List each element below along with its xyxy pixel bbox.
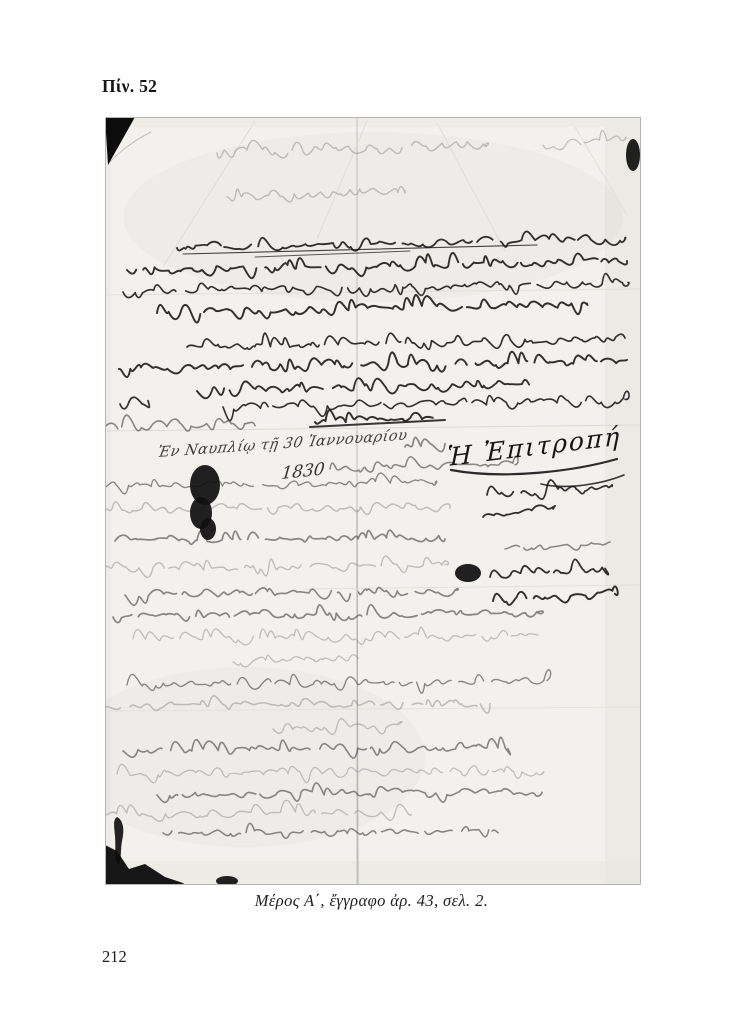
plate-label: Πίν. 52	[102, 76, 157, 97]
page-number: 212	[102, 947, 127, 967]
book-page: Πίν. 52 Ἐν Ναυπλίῳ τῇ 30 Ἰαννουαρίου 183…	[0, 0, 743, 1027]
manuscript-photo: Ἐν Ναυπλίῳ τῇ 30 Ἰαννουαρίου 1830 Ἡ Ἐπιτ…	[105, 117, 641, 885]
manuscript-scan-image: Ἐν Ναυπλίῳ τῇ 30 Ἰαννουαρίου 1830 Ἡ Ἐπιτ…	[105, 117, 641, 885]
figure-caption: Μέρος Α΄, ἔγγραφο ἀρ. 43, σελ. 2.	[0, 891, 743, 911]
